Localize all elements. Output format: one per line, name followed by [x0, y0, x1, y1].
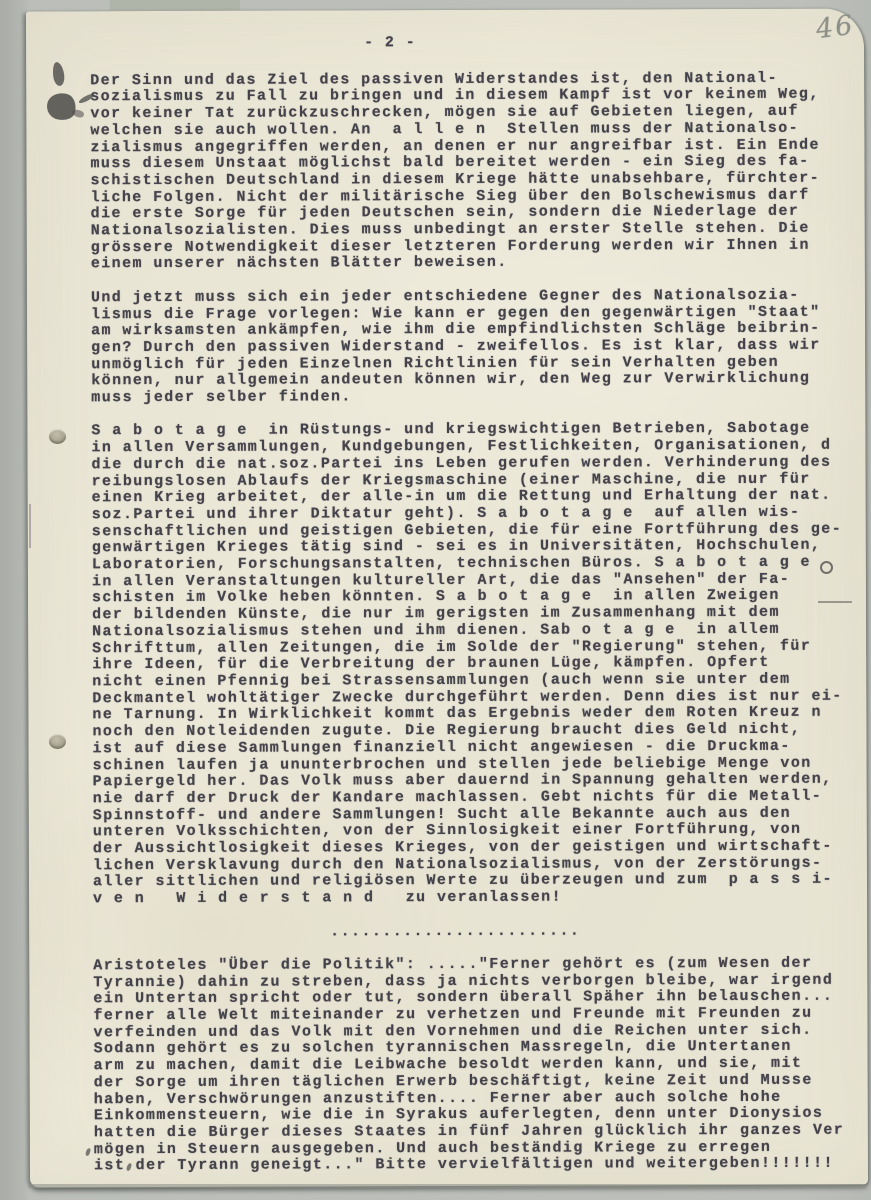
paper-bottom-edge-shadow	[28, 1184, 866, 1188]
page-number: - 2 -	[364, 34, 856, 52]
para-passive-resistance: Der Sinn und das Ziel des passiven Wider…	[90, 70, 857, 273]
para-aristotle: Aristoteles "Über die Politik": ....."Fe…	[93, 955, 860, 1175]
margin-pencil-mark	[818, 601, 852, 603]
punch-hole-bottom	[49, 734, 66, 749]
handwritten-page-annotation: 46	[814, 10, 856, 45]
paper-sheet: - 2 -Der Sinn und das Ziel des passiven …	[26, 9, 868, 1188]
paper-crease	[29, 504, 31, 548]
punch-hole-top	[49, 429, 66, 444]
text-body: - 2 -Der Sinn und das Ziel des passiven …	[90, 34, 860, 1192]
scan-background-patch	[110, 0, 240, 10]
para-sabotage: S a b o t a g e in Rüstungs- und kriegsw…	[91, 421, 859, 908]
separator-dots: ........................	[330, 922, 859, 941]
scanned-document-page: { "document": { "kind": "typewritten lea…	[0, 0, 871, 1200]
para-question: Und jetzt muss sich ein jeder entschiede…	[91, 287, 857, 407]
margin-stray-mark	[820, 561, 833, 574]
